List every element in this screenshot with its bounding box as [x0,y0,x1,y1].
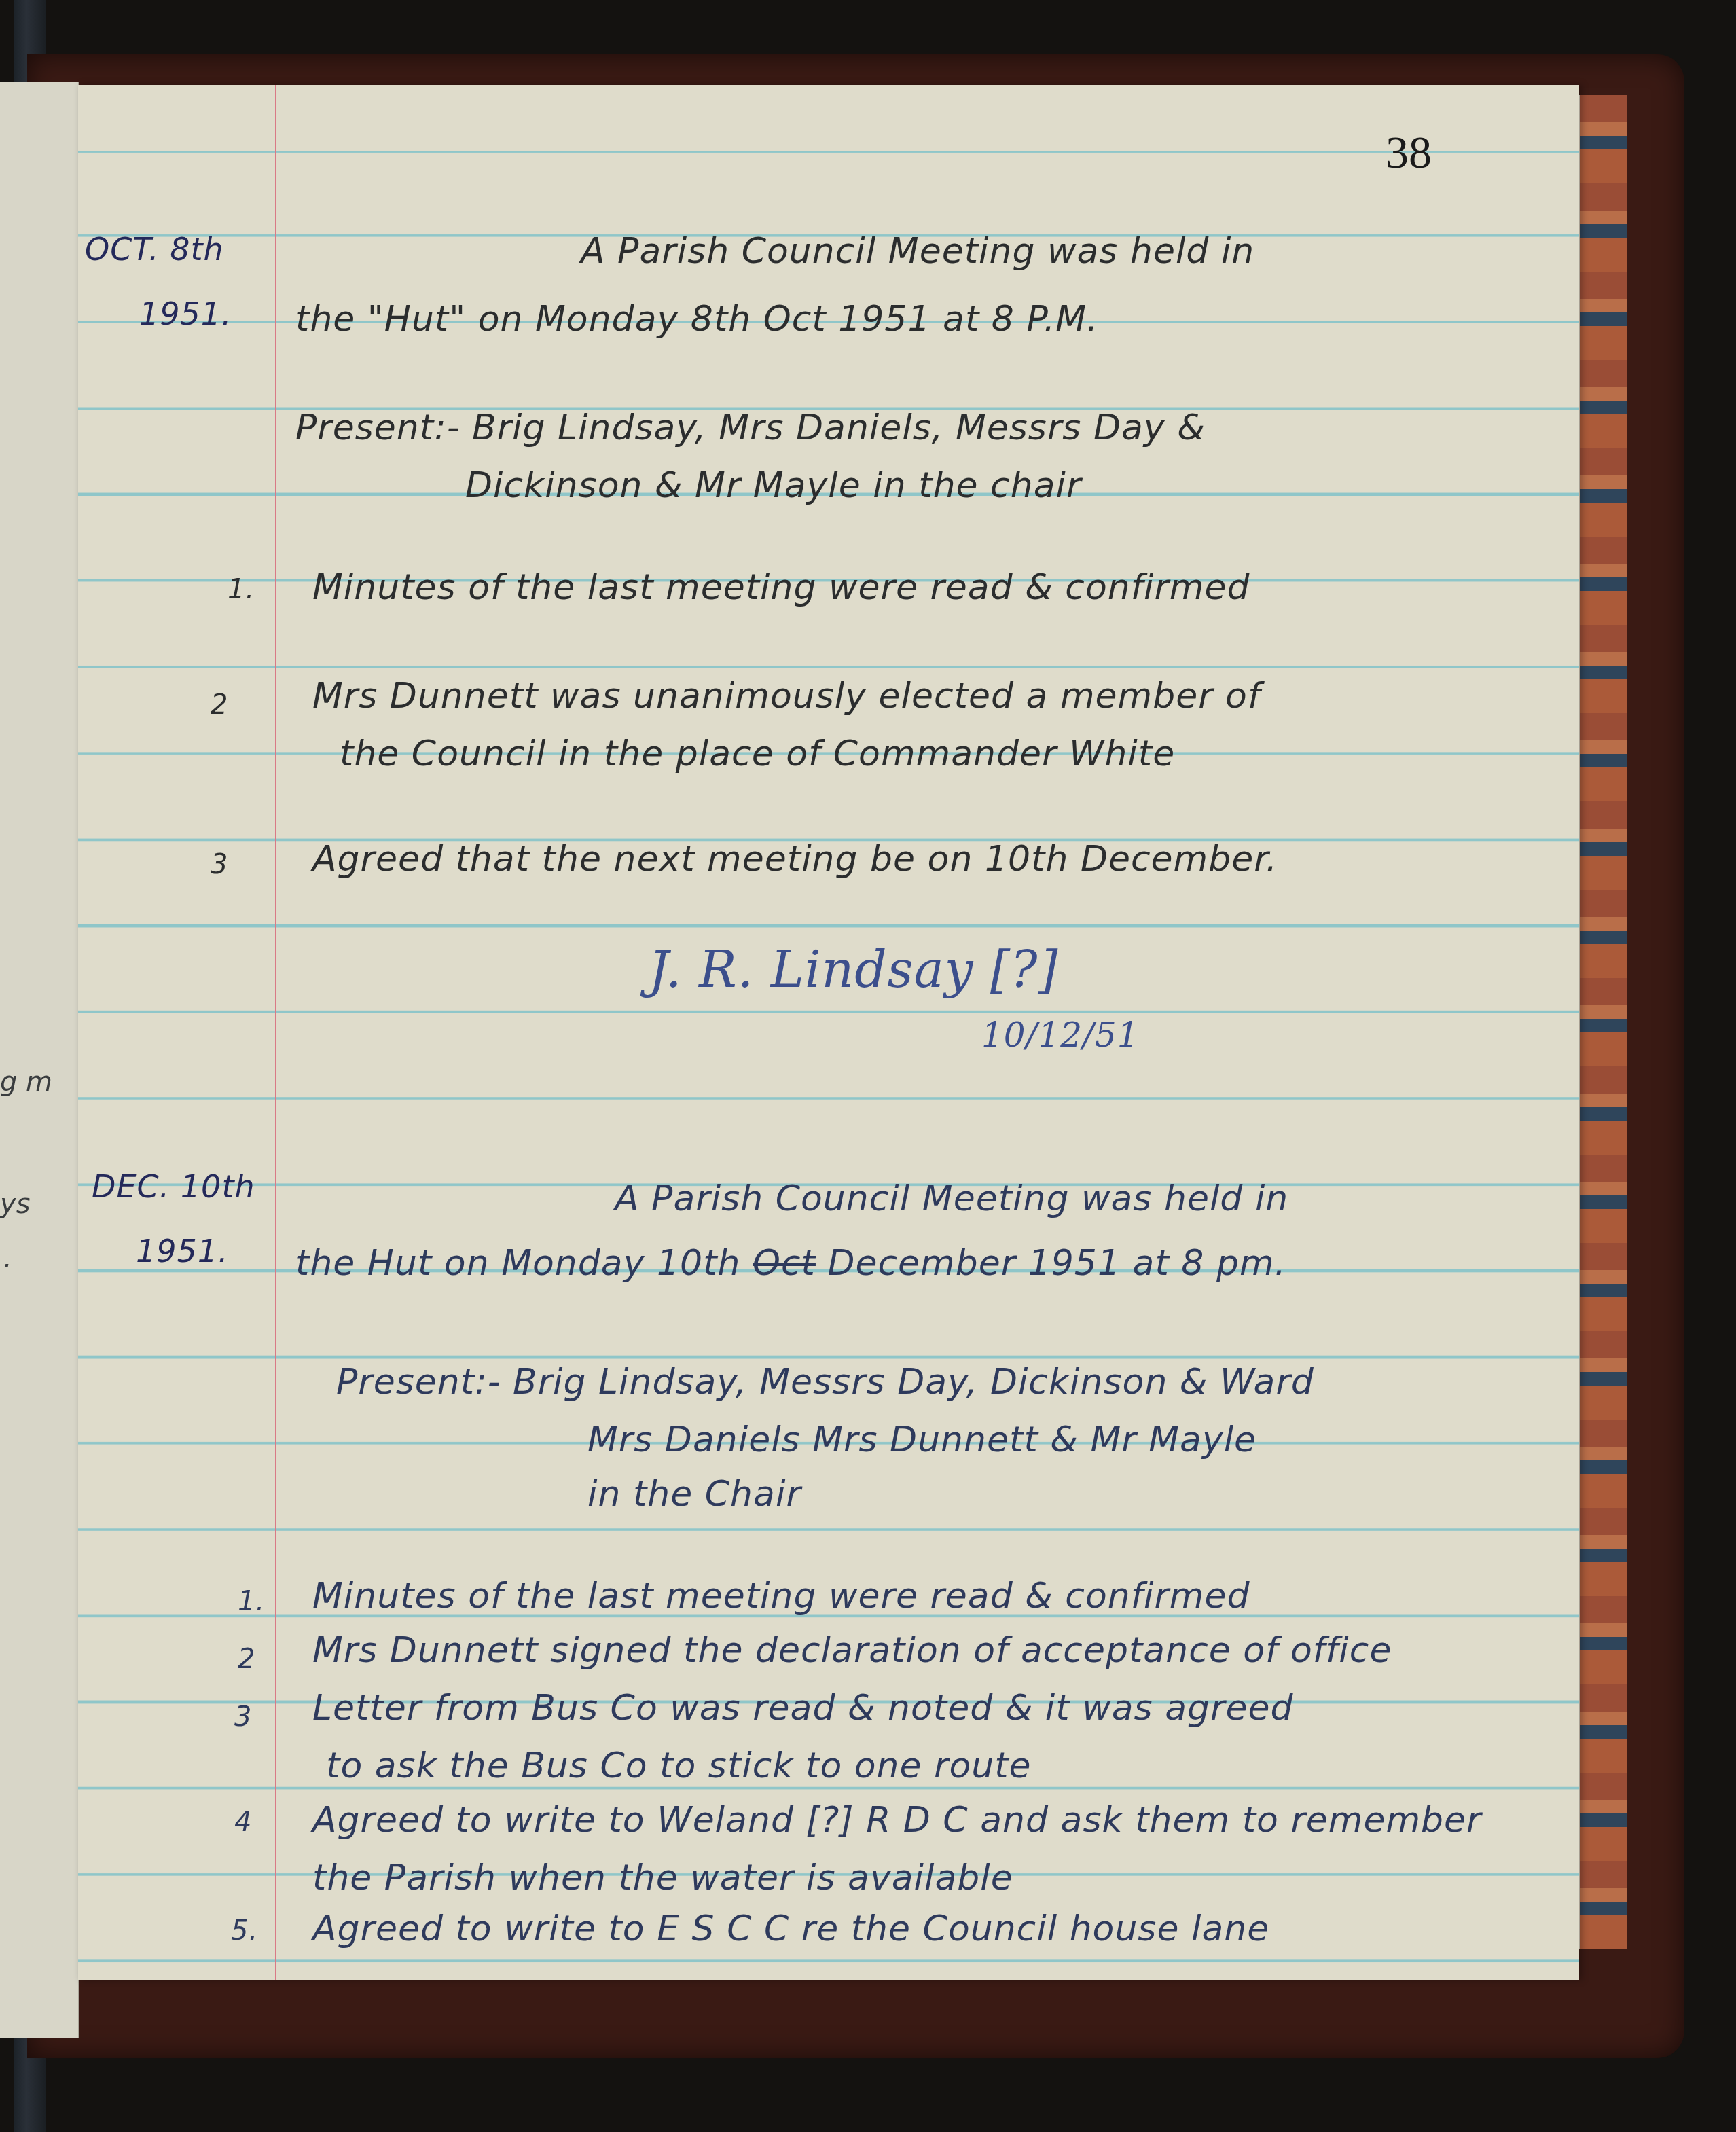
entry-intro-line: A Parish Council Meeting was held in [615,1178,1288,1219]
item-number: 2 [211,689,228,721]
entry-date-month: DEC. 10th [92,1168,255,1205]
intro-text: December 1951 at 8 pm. [827,1243,1286,1284]
page-number: 38 [1386,126,1432,179]
signature-date: 10/12/51 [981,1015,1140,1055]
struck-out-word: Oct [753,1243,816,1284]
margin-line [275,85,276,1980]
entry-intro-line: the Hut on Monday 10th Oct December 1951… [295,1243,1286,1284]
present-line: Present:- Brig Lindsay, Mrs Daniels, Mes… [295,408,1206,448]
item-text: Letter from Bus Co was read & noted & it… [312,1688,1294,1729]
item-number: 1. [238,1586,265,1617]
left-page-fragment: ys [0,1189,31,1220]
item-number: 3 [211,849,228,880]
item-number: 5. [231,1915,258,1947]
present-line: Dickinson & Mr Mayle in the chair [465,465,1081,506]
item-text: Minutes of the last meeting were read & … [312,1576,1250,1616]
item-text: the Parish when the water is available [312,1858,1013,1898]
marbled-page-edges [1576,95,1627,1949]
item-text: to ask the Bus Co to stick to one route [326,1746,1032,1786]
present-line: Mrs Daniels Mrs Dunnett & Mr Mayle [587,1420,1256,1460]
entry-intro-line: the "Hut" on Monday 8th Oct 1951 at 8 P.… [295,299,1099,340]
left-page: g m ys . [0,82,79,2038]
item-text: Mrs Dunnett was unanimously elected a me… [312,676,1261,717]
item-number: 1. [228,574,255,605]
item-text: the Council in the place of Commander Wh… [340,734,1175,774]
entry-date-month: OCT. 8th [85,231,224,268]
present-line: Present:- Brig Lindsay, Messrs Day, Dick… [336,1362,1314,1403]
item-text: Agreed that the next meeting be on 10th … [312,839,1278,880]
ledger-page: 38 OCT. 8th 1951. A Parish Council Meeti… [78,85,1579,1980]
entry-date-year: 1951. [139,295,232,332]
item-number: 2 [238,1644,255,1675]
item-number: 4 [234,1807,252,1838]
left-page-fragment: . [3,1243,12,1274]
entry-date-year: 1951. [136,1233,229,1269]
item-text: Mrs Dunnett signed the declaration of ac… [312,1630,1392,1671]
present-line: in the Chair [587,1474,801,1515]
chair-signature: J. R. Lindsay [?] [649,941,1058,999]
item-text: Agreed to write to E S C C re the Counci… [312,1909,1269,1949]
item-text: Minutes of the last meeting were read & … [312,567,1250,608]
entry-intro-line: A Parish Council Meeting was held in [581,231,1254,272]
intro-text: the Hut on Monday 10th [295,1243,740,1284]
item-number: 3 [234,1701,252,1733]
left-page-fragment: g m [0,1066,52,1098]
item-text: Agreed to write to Weland [?] R D C and … [312,1800,1481,1841]
